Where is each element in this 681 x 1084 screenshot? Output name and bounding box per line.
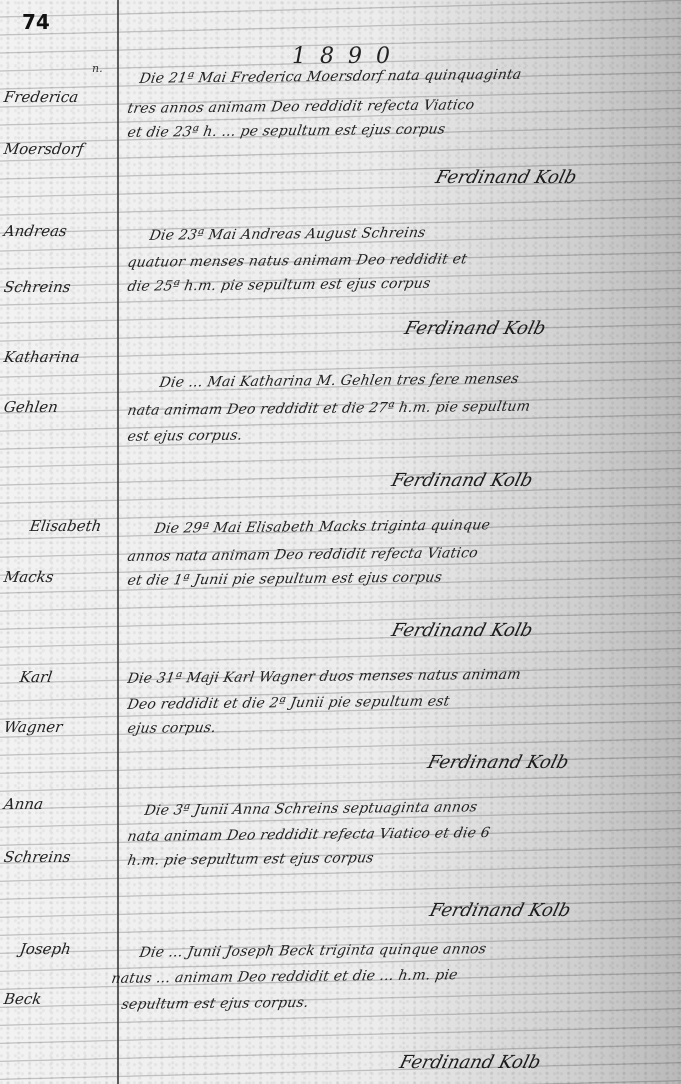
- margin-surname: Beck: [3, 990, 116, 1008]
- margin-given-name: Andreas: [3, 222, 116, 240]
- signature: Ferdinand Kolb: [389, 470, 535, 491]
- page-number: 74: [22, 10, 50, 34]
- entry-line: h.m. pie sepultum est ejus corpus: [126, 847, 670, 869]
- margin-given-name: Elisabeth: [29, 517, 142, 535]
- entry-line: natus ... animam Deo reddidit et die ...…: [110, 965, 654, 987]
- signature: Ferdinand Kolb: [402, 318, 548, 339]
- margin-surname: Wagner: [3, 718, 116, 736]
- entry-line: nata animam Deo reddidit refecta Viatico…: [126, 823, 670, 845]
- margin-surname: Schreins: [3, 848, 116, 866]
- margin-surname: Schreins: [3, 278, 116, 296]
- signature: Ferdinand Kolb: [433, 167, 579, 188]
- entry-line: Deo reddidit et die 2ª Junii pie sepultu…: [126, 691, 670, 713]
- entry-line: sepultum est ejus corpus.: [120, 991, 664, 1013]
- entry-line: Die ... Junii Joseph Beck triginta quinq…: [138, 939, 681, 961]
- margin-surname: Macks: [3, 568, 116, 586]
- margin-surname: Gehlen: [3, 398, 116, 416]
- entry-line: Die 31ª Maji Karl Wagner duos menses nat…: [126, 665, 670, 687]
- entry-line: nata animam Deo reddidit et die 27ª h.m.…: [126, 397, 670, 419]
- signature: Ferdinand Kolb: [397, 1052, 543, 1073]
- entry-line: die 25ª h.m. pie sepultum est ejus corpu…: [126, 273, 670, 295]
- margin-given-name: Anna: [3, 795, 116, 813]
- margin-given-name: Frederica: [3, 88, 116, 106]
- entry-mark: n.: [92, 62, 103, 75]
- entry-line: Die 29ª Mai Elisabeth Macks triginta qui…: [153, 515, 681, 537]
- margin-given-name: Joseph: [19, 940, 132, 958]
- entry-line: Die ... Mai Katharina M. Gehlen tres fer…: [158, 369, 681, 391]
- entry-line: Die 21ª Mai Frederica Moersdorf nata qui…: [138, 65, 681, 87]
- entry-line: et die 23ª h. ... pe sepultum est ejus c…: [126, 119, 670, 141]
- entry-line: tres annos animam Deo reddidit refecta V…: [126, 95, 670, 117]
- entry-line: Die 23ª Mai Andreas August Schreins: [148, 222, 681, 244]
- signature: Ferdinand Kolb: [389, 620, 535, 641]
- entry-line: est ejus corpus.: [126, 423, 670, 445]
- margin-surname: Moersdorf: [3, 140, 116, 158]
- margin-rule: [117, 0, 119, 1084]
- entry-line: ejus corpus.: [126, 715, 670, 737]
- signature: Ferdinand Kolb: [425, 752, 571, 773]
- margin-given-name: Karl: [19, 668, 132, 686]
- entry-line: Die 3ª Junii Anna Schreins septuaginta a…: [143, 797, 681, 819]
- signature: Ferdinand Kolb: [427, 900, 573, 921]
- register-page: 74 1890 n. Frederica Moersdorf Die 21ª M…: [0, 0, 681, 1084]
- year-header: 1890: [292, 44, 404, 69]
- paper-texture: [0, 0, 681, 1084]
- entry-line: et die 1ª Junii pie sepultum est ejus co…: [126, 567, 670, 589]
- margin-given-name: Katharina: [3, 348, 116, 366]
- entry-line: quatuor menses natus animam Deo reddidit…: [126, 249, 670, 271]
- entry-line: annos nata animam Deo reddidit refecta V…: [126, 543, 670, 565]
